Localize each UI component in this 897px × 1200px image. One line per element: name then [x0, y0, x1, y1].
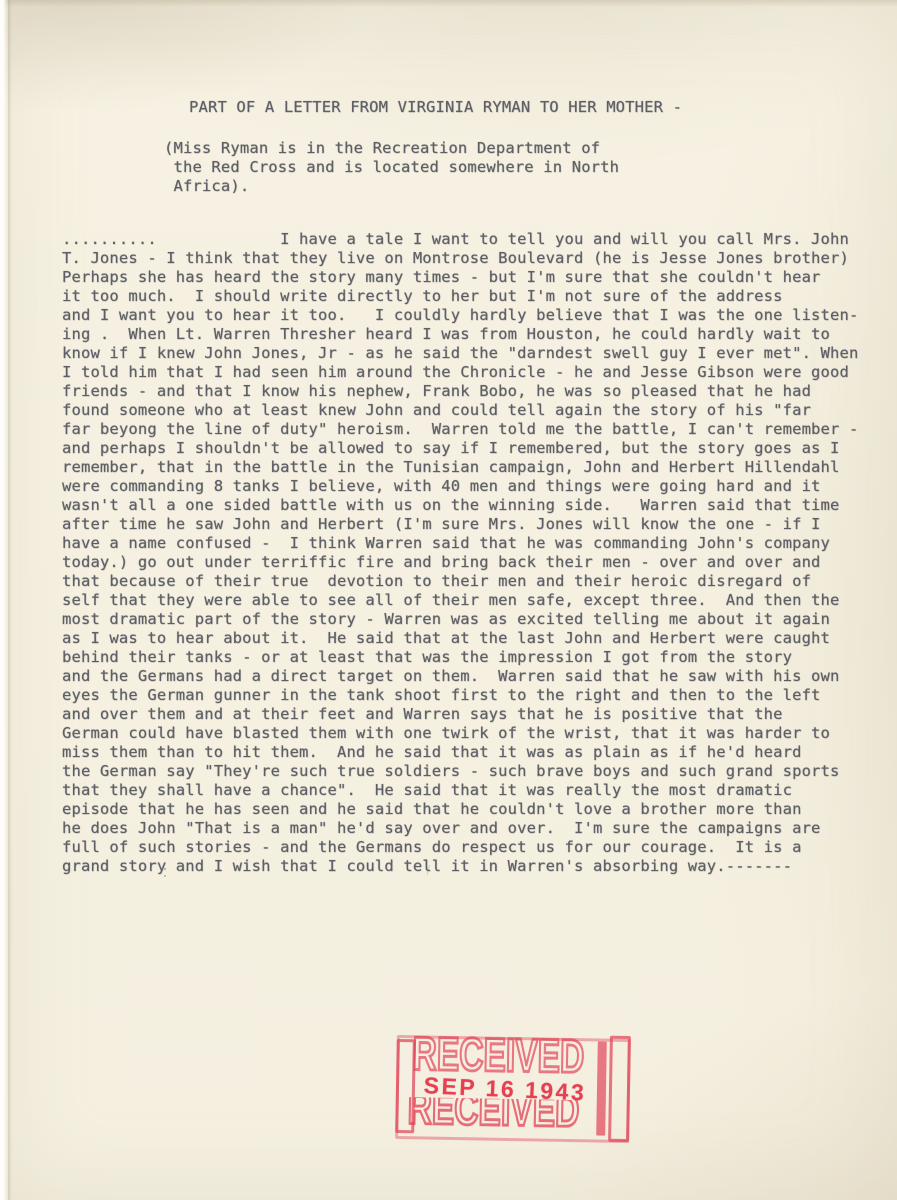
paper-crease: [8, 0, 12, 1200]
letter-line: I told him that I had seen him around th…: [62, 363, 858, 382]
letter-line: T. Jones - I think that they live on Mon…: [62, 249, 858, 268]
letter-line: and over them and at their feet and Warr…: [62, 705, 858, 724]
smudge-mark: [164, 868, 166, 870]
letter-note: (Miss Ryman is in the Recreation Departm…: [164, 139, 619, 196]
note-line: the Red Cross and is located somewhere i…: [164, 158, 619, 177]
note-line: Africa).: [164, 177, 619, 196]
letter-line: wasn't all a one sided battle with us on…: [62, 496, 858, 515]
letter-line: the German say "They're such true soldie…: [62, 762, 858, 781]
letter-line: Perhaps she has heard the story many tim…: [62, 268, 858, 287]
letter-line: were commanding 8 tanks I believe, with …: [62, 477, 858, 496]
letter-line: it too much. I should write directly to …: [62, 287, 858, 306]
letter-line: that they shall have a chance". He said …: [62, 781, 858, 800]
letter-line: behind their tanks - or at least that wa…: [62, 648, 858, 667]
letter-line: eyes the German gunner in the tank shoot…: [62, 686, 858, 705]
paper-edge-left: [0, 0, 8, 1200]
letter-line: remember, that in the battle in the Tuni…: [62, 458, 858, 477]
letter-line: episode that he has seen and he said tha…: [62, 800, 858, 819]
letter-line: that because of their true devotion to t…: [62, 572, 858, 591]
stamp-received-text: RECEIVED: [412, 1030, 573, 1076]
letter-line: .......... I have a tale I want to tell …: [62, 230, 858, 249]
letter-line: know if I knew John Jones, Jr - as he sa…: [62, 344, 858, 363]
letter-line: friends - and that I know his nephew, Fr…: [62, 382, 858, 401]
letter-line: most dramatic part of the story - Warren…: [62, 610, 858, 629]
stamp-word-upper-strike: RECEIVED: [412, 1030, 613, 1076]
letter-line: miss them than to hit them. And he said …: [62, 743, 858, 762]
letter-title: PART OF A LETTER FROM VIRGINIA RYMAN TO …: [189, 98, 682, 117]
letter-line: and I want you to hear it too. I couldly…: [62, 306, 858, 325]
letter-line: and perhaps I shouldn't be allowed to sa…: [62, 439, 858, 458]
letter-line: today.) go out under terriffic fire and …: [62, 553, 858, 572]
note-line: (Miss Ryman is in the Recreation Departm…: [164, 139, 619, 158]
letter-body: .......... I have a tale I want to tell …: [62, 230, 858, 876]
letter-line: have a name confused - I think Warren sa…: [62, 534, 858, 553]
letter-line: full of such stories - and the Germans d…: [62, 838, 858, 857]
letter-line: he does John "That is a man" he'd say ov…: [62, 819, 858, 838]
letter-line: German could have blasted them with one …: [62, 724, 858, 743]
letter-line: found someone who at least knew John and…: [62, 401, 858, 420]
letter-line: grand story and I wish that I could tell…: [62, 857, 858, 876]
letter-line: after time he saw John and Herbert (I'm …: [62, 515, 858, 534]
letter-line: and the Germans had a direct target on t…: [62, 667, 858, 686]
letter-line: ing . When Lt. Warren Thresher heard I w…: [62, 325, 858, 344]
letter-line: as I was to hear about it. He said that …: [62, 629, 858, 648]
paper-edge-top: [0, 0, 897, 7]
received-stamp: RECEIVED RECEIVED SEP 16 1943: [391, 1029, 633, 1147]
letter-line: far beyong the line of duty" heroism. Wa…: [62, 420, 858, 439]
letter-line: self that they were able to see all of t…: [62, 591, 858, 610]
scanned-letter-page: PART OF A LETTER FROM VIRGINIA RYMAN TO …: [0, 0, 897, 1200]
